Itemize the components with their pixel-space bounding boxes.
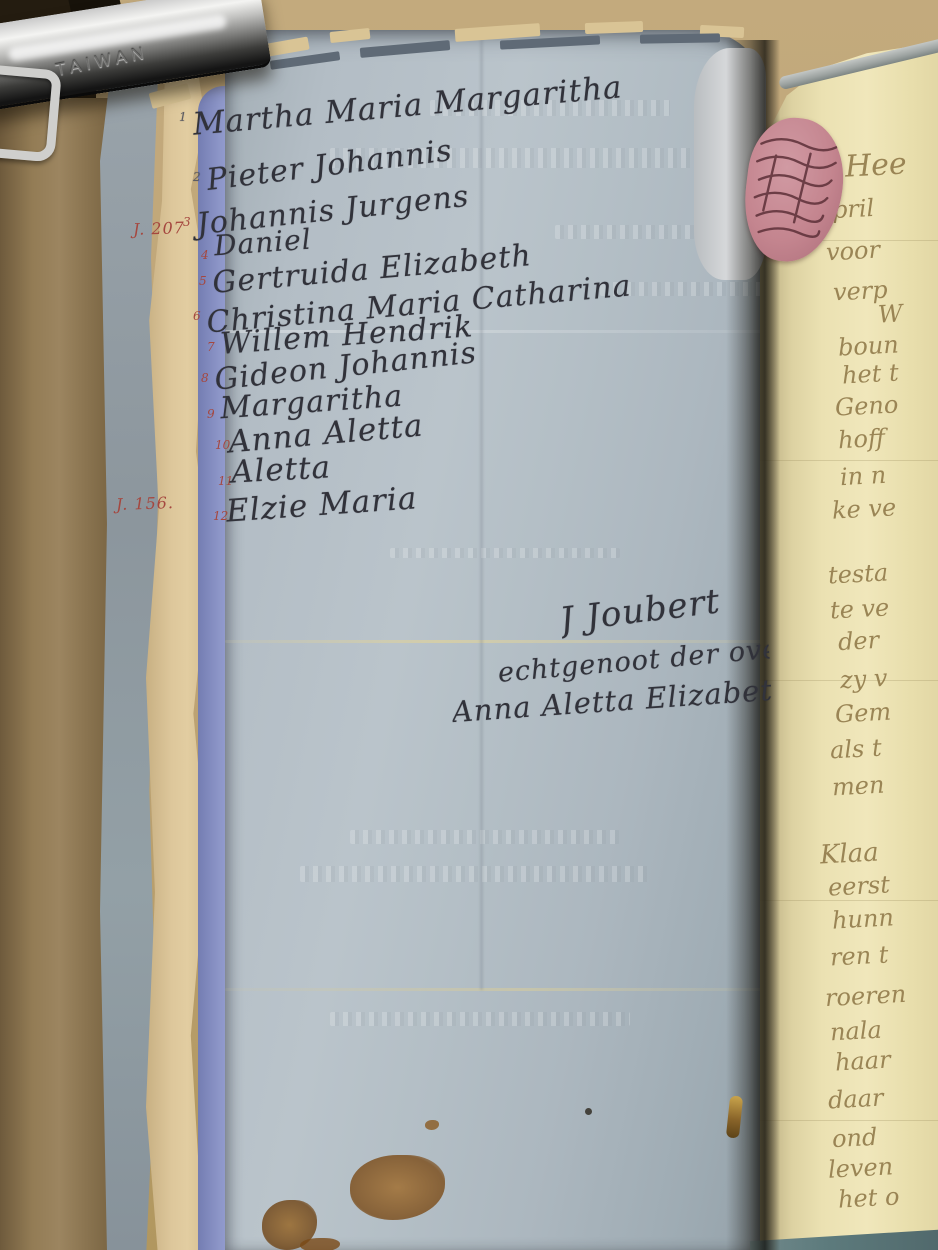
entry-name: Aletta (230, 449, 332, 490)
rust-stain (300, 1238, 340, 1250)
text-fragment: Klaa (819, 837, 879, 870)
text-fragment: men (831, 771, 885, 802)
text-fragment: eerst (827, 870, 890, 901)
rust-stain (350, 1155, 445, 1220)
text-fragment: W (877, 299, 903, 328)
text-fragment: hoff (837, 424, 885, 454)
text-fragment: daar (827, 1084, 884, 1115)
text-fragment: ke ve (831, 493, 897, 524)
tape-remnant (585, 21, 643, 34)
fold-crease (225, 988, 762, 991)
text-fragment: Gem (834, 698, 892, 729)
text-fragment: zy v (839, 664, 888, 694)
clip-handle (0, 64, 62, 162)
entry-number: 8 (201, 371, 209, 385)
archive-photo: 1 Martha Maria Margaritha 2 Pieter Johan… (0, 0, 938, 1250)
embossed-stamp-line (390, 548, 620, 558)
entry-number: 2 (193, 170, 201, 184)
ruled-line (760, 460, 938, 461)
paper-fragment (640, 33, 720, 43)
entry-number: 6 (193, 309, 201, 323)
text-fragment: als t (829, 734, 882, 765)
text-fragment: der (837, 626, 879, 656)
text-fragment: Geno (834, 390, 899, 421)
fold-crease-vertical (480, 30, 483, 990)
margin-ref: J. 207 (133, 218, 186, 239)
entry-number: 7 (207, 340, 215, 354)
text-fragment: nala (829, 1016, 882, 1047)
rust-stain (425, 1120, 439, 1130)
entry-number: 9 (207, 407, 215, 421)
entry-name: Daniel (213, 223, 313, 263)
ink-speck (585, 1108, 592, 1115)
margin-ref: J. 156. (116, 493, 175, 514)
text-fragment: leven (827, 1152, 893, 1183)
embossed-stamp-line (350, 830, 620, 844)
text-fragment: in n (839, 461, 887, 491)
embossed-stamp-line (330, 1012, 630, 1026)
text-fragment: testa (827, 558, 889, 589)
text-fragment: ren t (829, 940, 889, 971)
text-fragment: het t (841, 359, 899, 390)
text-fragment: Hee (844, 146, 907, 184)
ruled-line (760, 1120, 938, 1121)
text-fragment: ond (831, 1123, 878, 1153)
text-fragment: boun (837, 330, 899, 361)
text-fragment: hunn (831, 903, 894, 934)
embossed-stamp-line (300, 866, 650, 882)
text-fragment: het o (837, 1182, 900, 1213)
entry-number: 5 (199, 274, 207, 288)
text-fragment: roeren (824, 980, 907, 1012)
text-fragment: te ve (829, 593, 890, 624)
entry-number: 4 (201, 248, 209, 262)
text-fragment: haar (834, 1046, 891, 1077)
cardboard-edge (0, 98, 108, 1250)
text-fragment: voor (825, 236, 880, 267)
